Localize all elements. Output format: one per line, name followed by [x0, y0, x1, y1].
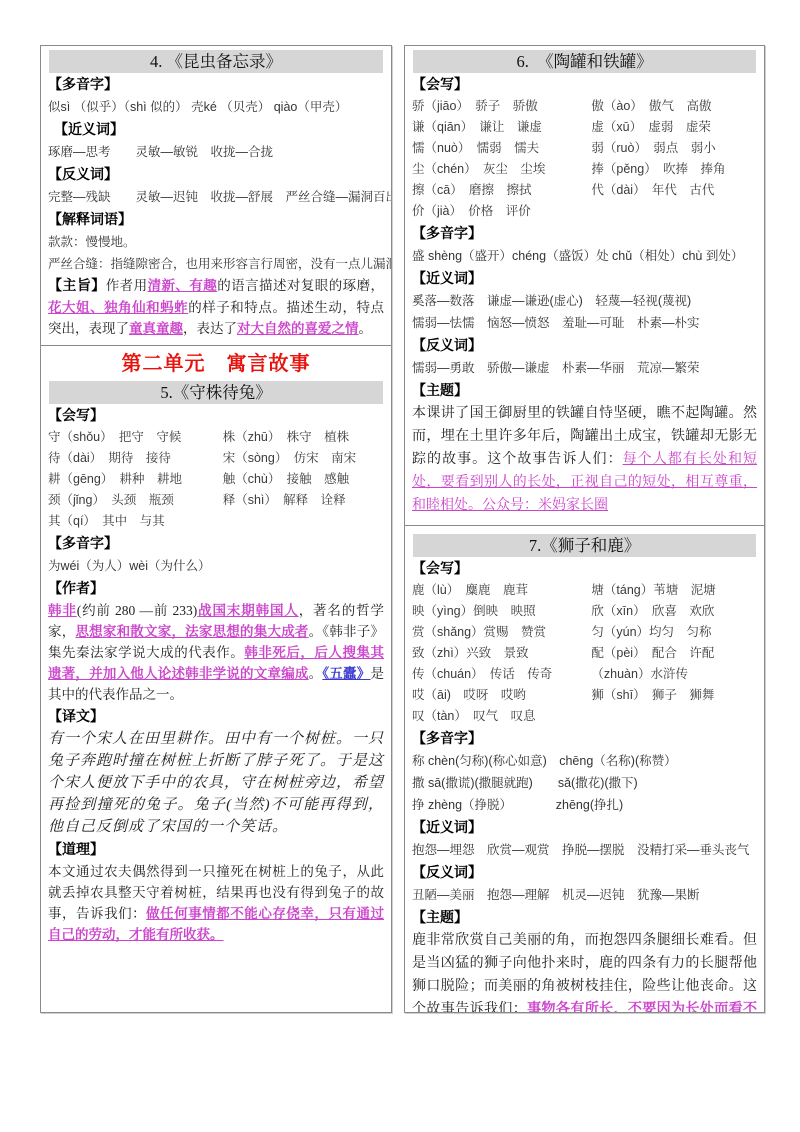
huixie-row: 懦（nuò） 懦弱 懦夫弱（ruò） 弱点 弱小	[412, 138, 757, 159]
lesson7-title: 7.《狮子和鹿》	[529, 536, 640, 555]
huixie-entry: 谦（qiān） 谦让 谦虚	[412, 117, 591, 138]
lesson7-fanyici-line: 丑陋—美丽 抱怨—理解 机灵—迟钝 犹豫—果断	[412, 884, 757, 906]
spacer	[412, 526, 757, 530]
inline-link-text[interactable]: 《五蠹》	[322, 666, 370, 681]
lesson5-zuozhe-label: 【作者】	[48, 580, 384, 600]
text-segment: 对大自然的喜爱之情	[237, 321, 359, 336]
lesson6-duoyinzi-line: 盛 shèng（盛开）chéng（盛饭）处 chǔ（相处）chù 到处）	[412, 245, 757, 267]
huixie-entry	[223, 511, 384, 532]
lesson6-jinyici-line-2: 懦弱—怯懦 恼怒—愤怒 羞耻—可耻 朴素—朴实	[412, 312, 757, 334]
huixie-row: 耕（gēng） 耕种 耕地触（chù） 接触 感触	[48, 469, 384, 490]
lesson4-title-bar: 4. 《昆虫备忘录》	[49, 50, 383, 73]
lesson7-jinyici-line: 抱怨—埋怨 欣赏—观赏 挣脱—摆脱 没精打采—垂头丧气	[412, 839, 757, 861]
lesson5-huixie-label: 【会写】	[48, 407, 384, 427]
lesson4-zhuzhi-label: 【主旨】	[48, 279, 106, 294]
huixie-row: 待（dài） 期待 接待宋（sòng） 仿宋 南宋	[48, 448, 384, 469]
huixie-entry: 捧（pěng） 吹捧 捧角	[591, 159, 757, 180]
lesson5-huixie-list: 守（shǒu） 把守 守候株（zhū） 株守 植株 待（dài） 期待 接待宋（…	[48, 427, 384, 532]
lesson5-duoyinzi-line: 为wéi（为人）wèi（为什么）	[48, 555, 384, 577]
huixie-entry: 株（zhū） 株守 植株	[223, 427, 384, 448]
huixie-row: 传（chuán） 传话 传奇（zhuàn）水浒传	[412, 664, 757, 685]
huixie-row: 致（zhì）兴致 景致配（pèi） 配合 许配	[412, 643, 757, 664]
lesson5-yiwen-paragraph: 有一个宋人在田里耕作。田中有一个树桩。一只兔子奔跑时撞在树桩上折断了脖子死了。于…	[48, 728, 384, 838]
lesson4-title: 4. 《昆虫备忘录》	[150, 52, 282, 71]
left-section-divider	[41, 345, 391, 346]
lesson6-jinyici-label: 【近义词】	[412, 270, 757, 290]
huixie-entry: 触（chù） 接触 感触	[223, 469, 384, 490]
huixie-entry: 释（shì） 解释 诠释	[223, 490, 384, 511]
huixie-entry: （zhuàn）水浒传	[591, 664, 757, 685]
huixie-row: 映（yìng）倒映 映照欣（xīn） 欣喜 欢欣	[412, 601, 757, 622]
huixie-entry: 其（qí） 其中 与其	[48, 511, 223, 532]
text-segment: 作者用	[106, 278, 148, 293]
lesson5-title: 5.《守株待兔》	[160, 383, 271, 402]
huixie-entry: 传（chuán） 传话 传奇	[412, 664, 591, 685]
lesson5-yiwen-label: 【译文】	[48, 708, 384, 728]
lesson7-duoyinzi-label: 【多音字】	[412, 730, 757, 750]
huixie-entry: 配（pèi） 配合 许配	[591, 643, 757, 664]
lesson4-jieshi-line-1: 款款：慢慢地。	[48, 231, 384, 253]
lesson7-fanyici-label: 【反义词】	[412, 864, 757, 884]
lesson5-daoli-label: 【道理】	[48, 841, 384, 861]
huixie-entry: 代（dài） 年代 古代	[591, 180, 757, 201]
huixie-entry: 虚（xū） 虚弱 虚荣	[591, 117, 757, 138]
left-column: 4. 《昆虫备忘录》 【多音字】 似sì （似乎）（shì 似的） 壳ké （贝…	[40, 45, 392, 1013]
huixie-row: 擦（cā） 磨擦 擦拭代（dài） 年代 古代	[412, 180, 757, 201]
lesson6-duoyinzi-label: 【多音字】	[412, 225, 757, 245]
lesson4-duoyinzi-label: 【多音字】	[48, 76, 384, 96]
huixie-row: 哎（āi) 哎呀 哎哟狮（shī） 狮子 狮舞	[412, 685, 757, 706]
huixie-entry: 狮（shī） 狮子 狮舞	[591, 685, 757, 706]
lesson6-jinyici-line-1: 奚落—数落 谦虚—谦逊(虚心) 轻蔑—轻视(蔑视)	[412, 290, 757, 312]
huixie-row: 尘（chén） 灰尘 尘埃捧（pěng） 吹捧 捧角	[412, 159, 757, 180]
text-segment: 韩非	[48, 603, 77, 618]
huixie-entry: 价（jià） 价格 评价	[412, 201, 591, 222]
huixie-entry: 擦（cā） 磨擦 擦拭	[412, 180, 591, 201]
huixie-entry: 守（shǒu） 把守 守候	[48, 427, 223, 448]
right-column: 6. 《陶罐和铁罐》 【会写】 骄（jiāo） 骄子 骄傲傲（ào） 傲气 高傲…	[404, 45, 765, 1013]
huixie-row: 鹿（lù） 麋鹿 鹿茸塘（táng）苇塘 泥塘	[412, 580, 757, 601]
huixie-entry: 匀（yún）均匀 匀称	[591, 622, 757, 643]
huixie-entry: 欣（xīn） 欣喜 欢欣	[591, 601, 757, 622]
text-segment: 童真童趣	[129, 321, 183, 336]
huixie-row: 其（qí） 其中 与其	[48, 511, 384, 532]
lesson7-huixie-label: 【会写】	[412, 560, 757, 580]
text-segment: 思想家和散文家，法家思想的集大成者	[75, 624, 308, 639]
huixie-entry: 骄（jiāo） 骄子 骄傲	[412, 96, 591, 117]
text-segment: 战国末期韩国人	[197, 603, 298, 618]
huixie-row: 赏（shǎng）赏赐 赞赏匀（yún）均匀 匀称	[412, 622, 757, 643]
lesson4-fanyici-label: 【反义词】	[48, 166, 384, 186]
huixie-entry: 哎（āi) 哎呀 哎哟	[412, 685, 591, 706]
lesson4-jinyici-label: 【近义词】	[54, 121, 384, 141]
lesson7-duoyinzi-line-1: 称 chèn(匀称)(称心如意) chēng（名称)(称赞）	[412, 750, 757, 772]
huixie-entry: 宋（sòng） 仿宋 南宋	[223, 448, 384, 469]
huixie-entry: 尘（chén） 灰尘 尘埃	[412, 159, 591, 180]
lesson6-zhuti-label: 【主题】	[412, 382, 757, 402]
lesson5-duoyinzi-label: 【多音字】	[48, 535, 384, 555]
lesson6-fanyici-line: 懦弱—勇敢 骄傲—谦虚 朴素—华丽 荒凉—繁荣	[412, 357, 757, 379]
huixie-row: 叹（tàn） 叹气 叹息	[412, 706, 757, 727]
lesson5-title-bar: 5.《守株待兔》	[49, 381, 383, 404]
lesson7-zhuti-label: 【主题】	[412, 909, 757, 929]
text-segment: (约前 280 —前 233)	[77, 603, 198, 618]
huixie-entry: 塘（táng）苇塘 泥塘	[591, 580, 757, 601]
huixie-row: 价（jià） 价格 评价	[412, 201, 757, 222]
text-segment: 花大姐、独角仙和蚂蚱	[48, 300, 188, 315]
lesson5-zuozhe-paragraph: 韩非(约前 280 —前 233)战国末期韩国人，著名的哲学家，思想家和散文家，…	[48, 600, 384, 705]
huixie-entry: 鹿（lù） 麋鹿 鹿茸	[412, 580, 591, 601]
lesson4-jinyici-line: 琢磨—思考 灵敏—敏锐 收拢—合拢	[48, 141, 384, 163]
huixie-entry	[591, 706, 757, 727]
text-segment: ，表达了	[183, 321, 237, 336]
text-segment: 。	[309, 666, 323, 681]
lesson6-huixie-label: 【会写】	[412, 76, 757, 96]
huixie-row: 颈（jǐng） 头颈 瓶颈释（shì） 解释 诠释	[48, 490, 384, 511]
huixie-entry: 弱（ruò） 弱点 弱小	[591, 138, 757, 159]
lesson6-fanyici-label: 【反义词】	[412, 337, 757, 357]
lesson4-jieshi-line-2: 严丝合缝：指缝隙密合，也用来形容言行周密，没有一点儿漏洞。	[48, 253, 384, 275]
huixie-entry: 懦（nuò） 懦弱 懦夫	[412, 138, 591, 159]
huixie-entry: 叹（tàn） 叹气 叹息	[412, 706, 591, 727]
lesson4-duoyinzi-line: 似sì （似乎）（shì 似的） 壳ké （贝壳） qiào（甲壳）	[48, 96, 384, 118]
huixie-row: 谦（qiān） 谦让 谦虚虚（xū） 虚弱 虚荣	[412, 117, 757, 138]
lesson7-huixie-list: 鹿（lù） 麋鹿 鹿茸塘（táng）苇塘 泥塘 映（yìng）倒映 映照欣（xī…	[412, 580, 757, 727]
huixie-entry: 赏（shǎng）赏赐 赞赏	[412, 622, 591, 643]
two-column-layout: 4. 《昆虫备忘录》 【多音字】 似sì （似乎）（shì 似的） 壳ké （贝…	[0, 0, 800, 1013]
lesson6-title: 6. 《陶罐和铁罐》	[516, 52, 652, 71]
lesson4-fanyici-line: 完整—残缺 灵敏—迟钝 收拢—舒展 严丝合缝—漏洞百出	[48, 186, 384, 208]
huixie-entry: 映（yìng）倒映 映照	[412, 601, 591, 622]
lesson4-zhuzhi-paragraph: 【主旨】作者用清新、有趣的语言描述对复眼的琢磨，花大姐、独角仙和蚂蚱的样子和特点…	[48, 275, 384, 339]
huixie-entry: 傲（ào） 傲气 高傲	[591, 96, 757, 117]
lesson7-title-bar: 7.《狮子和鹿》	[413, 534, 756, 557]
huixie-entry: 致（zhì）兴致 景致	[412, 643, 591, 664]
lesson5-daoli-paragraph: 本文通过农夫偶然得到一只撞死在树桩上的兔子，从此就丢掉农具整天守着树桩，结果再也…	[48, 861, 384, 945]
lesson7-duoyinzi-line-3: 挣 zhèng（挣脱） zhēng(挣扎)	[412, 794, 757, 816]
lesson4-jieshiciyu-label: 【解释词语】	[48, 211, 384, 231]
text-segment: 清新、有趣	[148, 278, 218, 293]
huixie-entry: 颈（jǐng） 头颈 瓶颈	[48, 490, 223, 511]
text-segment: 鹿非常欣赏自己美丽的角，而抱怨四条腿细长难看。但是当凶猛的狮子向他扑来时，鹿的四…	[412, 933, 757, 1013]
text-segment: 。	[359, 321, 373, 336]
huixie-entry: 耕（gēng） 耕种 耕地	[48, 469, 223, 490]
text-segment: 的语言描述对复眼的琢磨，	[217, 278, 384, 293]
lesson7-jinyici-label: 【近义词】	[412, 819, 757, 839]
huixie-entry: 待（dài） 期待 接待	[48, 448, 223, 469]
lesson6-huixie-list: 骄（jiāo） 骄子 骄傲傲（ào） 傲气 高傲 谦（qiān） 谦让 谦虚虚（…	[412, 96, 757, 222]
huixie-entry	[591, 201, 757, 222]
huixie-row: 骄（jiāo） 骄子 骄傲傲（ào） 傲气 高傲	[412, 96, 757, 117]
unit2-title: 第二单元 寓言故事	[48, 351, 384, 377]
lesson7-duoyinzi-line-2: 撒 sā(撒谎)(撒腿就跑) sǎ(撒花)(撒下)	[412, 772, 757, 794]
document-page: 4. 《昆虫备忘录》 【多音字】 似sì （似乎）（shì 似的） 壳ké （贝…	[0, 0, 800, 1132]
huixie-row: 守（shǒu） 把守 守候株（zhū） 株守 植株	[48, 427, 384, 448]
lesson6-zhuti-paragraph: 本课讲了国王御厨里的铁罐自恃坚硬，瞧不起陶罐。然而，埋在土里许多年后，陶罐出土成…	[412, 402, 757, 517]
lesson6-title-bar: 6. 《陶罐和铁罐》	[413, 50, 756, 73]
lesson7-zhuti-paragraph: 鹿非常欣赏自己美丽的角，而抱怨四条腿细长难看。但是当凶猛的狮子向他扑来时，鹿的四…	[412, 929, 757, 1013]
